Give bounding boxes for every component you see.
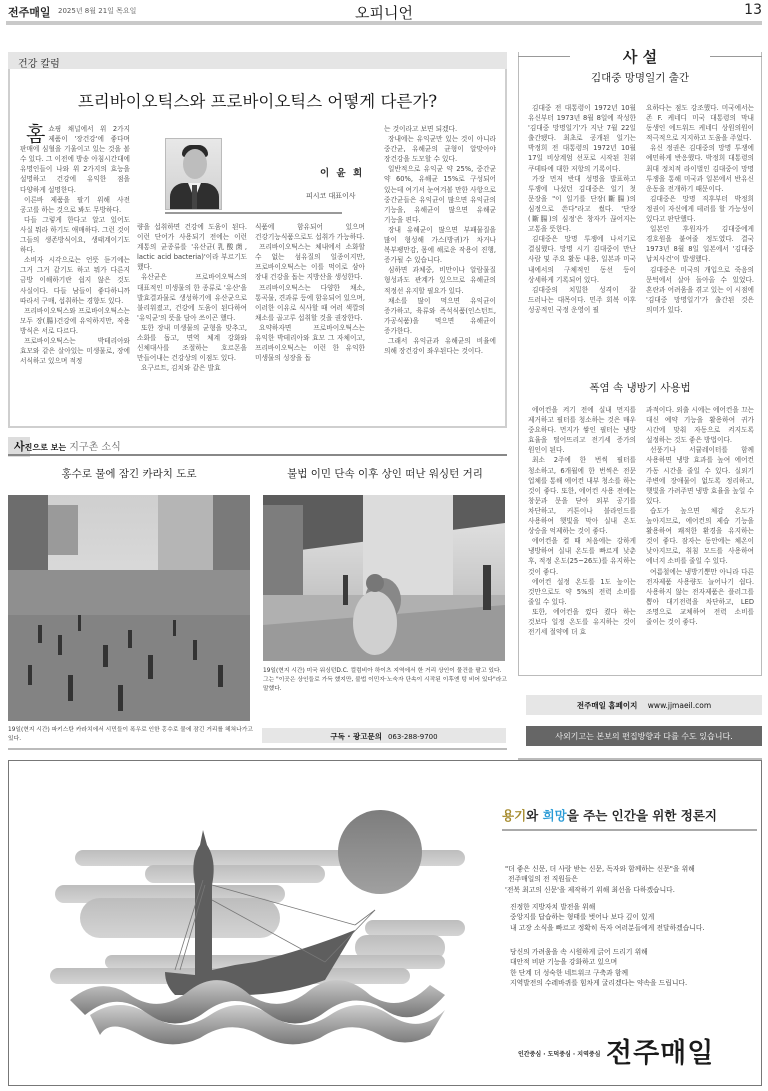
pen-ship-illustration xyxy=(25,790,485,1050)
section-title: 오피니언 xyxy=(0,2,768,23)
face-shape xyxy=(183,149,207,179)
ad-line: 지역발전의 수레바퀴를 힘차게 굴리겠다는 약속을 드립니다. xyxy=(510,978,768,988)
homepage-link[interactable]: www.jjmaeil.com xyxy=(648,701,711,710)
photo-illustration xyxy=(8,495,250,721)
editorial2-title: 폭염 속 냉방기 사용법 xyxy=(518,380,762,395)
homepage-bar: 전주매일 홈페이지 www.jjmaeil.com xyxy=(526,695,762,715)
column-text-col3: 식품에 함유되어 있으며 건강기능식품으로도 섭취가 가능하다. 프리바이오틱스… xyxy=(255,222,365,363)
ad-line: 한 단계 더 성숙한 네트워크 구축과 함께 xyxy=(510,968,768,978)
ad-line: "더 좋은 신문, 더 사랑 받는 신문, 독자와 함께하는 신문"을 위해 xyxy=(505,864,765,874)
paragraph: 가장 먼저 반대 성명을 발표하고 투쟁에 나섰던 김대중은 일기 첫 문장을 … xyxy=(528,174,636,235)
column-tag: 건강 칼럼 xyxy=(8,52,507,69)
paragraph: 최소 2주에 한 번씩 필터를 청소하고, 6개월에 한 번씩은 전문 업체를 … xyxy=(528,455,636,536)
editorial-title: 김대중 망명일기 출간 xyxy=(518,70,762,85)
author-role: 피시코 대표이사 xyxy=(306,191,356,201)
paragraph: 에어컨을 켤 때 처음에는 강하게 냉방하여 실내 온도를 빠르게 낮춘 후, … xyxy=(528,536,636,576)
paragraph: 소비자 시각으로는 언뜻 듣기에는 그거 그거 같기도 하고 뭐가 다른지 금방… xyxy=(20,255,130,305)
paragraph: 유신 정권은 김대중의 망명 투쟁에 예민하게 반응했다. 박정희 대통령의 최… xyxy=(646,143,754,193)
divider xyxy=(502,829,757,831)
ad-paragraph-2: 진정한 지방자치 발전을 위해 중앙지를 답습하는 형태를 벗어나 보다 깊이 … xyxy=(510,902,768,933)
divider xyxy=(8,454,507,456)
subscribe-bar: 구독 · 광고문의063-288-9700 xyxy=(262,728,506,743)
divider xyxy=(8,748,507,750)
paragraph: 김대중 전 대통령이 1972년 10월 유신부터 1973년 8월 8일에 작… xyxy=(528,103,636,174)
ad-line: 진정한 지방자치 발전을 위해 xyxy=(510,902,768,912)
section-title-tail: 지구촌 소식 xyxy=(66,442,121,453)
author-portrait xyxy=(165,138,222,210)
paragraph: 김대중은 망명 직후부터 박정희 정권이 자신에게 테러를 할 가능성이 있다고… xyxy=(646,194,754,224)
photo1-title: 홍수로 물에 잠긴 카라치 도로 xyxy=(8,466,250,481)
paragraph: 채소를 많이 먹으면 유익균이 증가하고, 육류와 즉석식품(인스턴트, 가공식… xyxy=(384,296,496,336)
ad-line: 대안적 비판 기능을 강화하고 있으며 xyxy=(510,957,768,967)
paragraph: 식품에 함유되어 있으며 건강기능식품으로도 섭취가 가능하다. xyxy=(255,222,365,242)
paragraph: 김대중은 망명 투쟁에 나서기로 결심했다. 망명 시기 김대중이 만난 사람 … xyxy=(528,234,636,284)
editorial-header: 사 설 xyxy=(518,46,762,67)
paragraph: 심하면 과체중, 비만이나 알람물질 형성과도 관계가 있으므로 유해균의 적정… xyxy=(384,265,496,295)
ad-line: 전주매일의 전 직원들은 xyxy=(505,874,765,884)
paragraph: 김대중은 미국의 개입으로 죽음의 문턱에서 살아 돌아올 수 있었다. 혼란과… xyxy=(646,265,754,315)
drop-cap: 홈 xyxy=(26,124,45,144)
column-text-col2: 량을 섭취하면 건강에 도움이 된다. 이런 단어가 사용되기 전에는 이런 계… xyxy=(137,222,247,373)
ad-tagline: 인간중심 · 도덕중심 · 지역중심 xyxy=(518,1049,600,1058)
section-title-mid: 진으로 보는 xyxy=(25,443,66,452)
photo2-caption: 19일(현지 시간) 미국 워싱턴D.C. 컬럼비아 하이츠 지역에서 한 거리… xyxy=(263,667,507,694)
ship-illustration-icon xyxy=(25,790,485,1050)
paragraph: 그래서 유익균과 유해균의 비율에 의해 장건강이 좌우된다는 것이다. xyxy=(384,336,496,356)
paragraph: 요구르트, 김치와 같은 발효 xyxy=(137,363,247,373)
paragraph: 일반적으로 유익균 약 25%, 중간균 약 60%, 유해균 15%로 구성되… xyxy=(384,164,496,225)
paragraph: 프리바이오틱스는 체내에서 소화할 수 없는 섬유질의 일종이지만, 프로바이오… xyxy=(255,242,365,282)
photo-illustration xyxy=(263,495,505,661)
tie-shape xyxy=(192,185,197,209)
paragraph: 일본인 후원자가 김대중에게 경호원을 붙여줄 정도였다. 결국 1973년 8… xyxy=(646,224,754,264)
paragraph: 이른바 제품을 팔기 위해 사전 공고를 하는 것으로 봐도 무방하다. xyxy=(20,195,130,215)
paragraph: 과적이다. 외출 시에는 에어컨을 끄는 대신 예약 기능을 활용하여 귀가 시… xyxy=(646,405,754,445)
paragraph: 요약하자면 프로바이오틱스는 유익한 박테리아와 효모 그 자체이고, 프리바이… xyxy=(255,323,365,363)
disclaimer-bar: 사외기고는 본보의 편집방향과 다를 수도 있습니다. xyxy=(526,726,762,746)
paragraph: 유산균은 프로바이오틱스의 대표적인 미생물의 한 종류로 '유산'을 발효결과… xyxy=(137,272,247,322)
slogan-part: 을 주는 인간을 위한 정론지 xyxy=(567,808,717,823)
slogan-part: 와 xyxy=(526,808,542,823)
washington-street-photo xyxy=(263,495,505,661)
ad-line: 당신의 가려움을 속 시원하게 긁어 드리기 위해 xyxy=(510,947,768,957)
photo2-title: 불법 이민 단속 이후 상인 떠난 워싱턴 거리 xyxy=(263,466,507,481)
karachi-flood-photo xyxy=(8,495,250,721)
ad-paragraph-3: 당신의 가려움을 속 시원하게 긁어 드리기 위해 대안적 비판 기능을 강화하… xyxy=(510,947,768,988)
ad-slogan: 용기와 희망을 주는 인간을 위한 정론지 xyxy=(502,806,717,824)
subscribe-label: 구독 · 광고문의 xyxy=(330,732,382,741)
editorial2-text-col2: 과적이다. 외출 시에는 에어컨을 끄는 대신 예약 기능을 활용하여 귀가 시… xyxy=(646,405,754,627)
column-title: 프리바이오틱스와 프로바이오틱스 어떻게 다른가? xyxy=(8,88,507,112)
ad-logo: 전주매일 xyxy=(606,1031,714,1070)
ad-line: 중앙지를 답습하는 형태를 벗어나 보다 깊이 있게 xyxy=(510,912,768,922)
column-text-col4: 는 것이라고 보면 되겠다. 장내에는 유익균만 있는 것이 아니라 중간균, … xyxy=(384,124,496,356)
paragraph: 또한 장내 미생물의 균형을 맞추고, 소화를 돕고, 면역 체계 강화와 신체… xyxy=(137,323,247,363)
photo1-caption: 19일(현지 시간) 파키스탄 카라치에서 시민들이 폭우로 인한 홍수로 물에… xyxy=(8,726,258,744)
paragraph: 는 것이라고 보면 되겠다. xyxy=(384,124,496,134)
paragraph: 또한, 에어컨을 껐다 켰다 하는 것보다 일정 온도를 유지하는 것이 전기세… xyxy=(528,607,636,637)
paragraph: 량을 섭취하면 건강에 도움이 된다. 이런 단어가 사용되기 전에는 이런 계… xyxy=(137,222,247,272)
ad-line: '전북 최고의 신문'을 제작하기 위해 최선을 다하겠습니다. xyxy=(505,885,765,895)
paragraph: 김대중의 치밀한 성격이 잘 드러나는 대목이다. 민주 회복 이후 성공적인 … xyxy=(528,285,636,315)
paragraph: 다들 그렇게 한다고 알고 있어도 사실 뭐라 하기도 애매하다. 그런 것이 … xyxy=(20,215,130,255)
paragraph: 여름철에는 냉방기뿐만 아니라 다른 전자제품 사용량도 늘어나기 쉽다. 사용… xyxy=(646,567,754,628)
editorial2-text-col1: 에어컨을 켜기 전에 실내 먼지를 제거하고 필터를 청소하는 것은 매우 중요… xyxy=(528,405,636,637)
paragraph: 프리바이오틱스는 다양한 채소, 통곡물, 견과류 등에 함유되어 있으며, 이… xyxy=(255,283,365,323)
divider xyxy=(165,212,342,214)
paragraph: 에어컨을 켜기 전에 실내 먼지를 제거하고 필터를 청소하는 것은 매우 중요… xyxy=(528,405,636,455)
paragraph: 프로바이오틱스는 박테리아와 효모와 같은 살아있는 미생물로, 장에 서식하고… xyxy=(20,336,130,366)
paragraph: 프리바이오틱스와 프로바이오틱스는 모두 장(腸)건강에 유익하지만, 작용 방… xyxy=(20,306,130,336)
homepage-label: 전주매일 홈페이지 xyxy=(577,701,638,710)
paragraph: 장내 유해균이 많으면 부패물질을 많이 형성해 가스(방귀)가 차거나 복부팽… xyxy=(384,225,496,265)
slogan-courage: 용기 xyxy=(502,808,526,823)
paragraph: 요하다는 점도 강조했다. 미국에서는 존 F. 케네디 미국 대통령의 막내 … xyxy=(646,103,754,143)
paragraph: 에어컨 설정 온도를 1도 높이는 것만으로도 약 5%의 전력 소비를 줄일 … xyxy=(528,577,636,607)
ad-line: 내 고장 소식을 빠르고 정확히 독자 여러분들에게 전달하겠습니다. xyxy=(510,923,768,933)
paragraph: 장내에는 유익균만 있는 것이 아니라 중간균, 유해균의 균형이 알맞아야 장… xyxy=(384,134,496,164)
masthead-rule xyxy=(6,21,762,25)
slogan-hope: 희망 xyxy=(543,808,567,823)
editorial-text-col2: 요하다는 점도 강조했다. 미국에서는 존 F. 케네디 미국 대통령의 막내 … xyxy=(646,103,754,315)
paragraph: 선풍기나 서큘레이터를 함께 사용하면 냉방 효과를 높여 에어컨 가동 시간을… xyxy=(646,445,754,506)
editorial-text-col1: 김대중 전 대통령이 1972년 10월 유신부터 1973년 8월 8일에 작… xyxy=(528,103,636,315)
section-cap-letter: 사 xyxy=(14,440,25,453)
masthead: 전주매일 2025년 8월 21일 목요일 오피니언 13 xyxy=(0,0,768,24)
page-number: 13 xyxy=(744,2,762,18)
author-name: 이 윤 희 xyxy=(320,165,364,179)
column-text-col1: 홈 쇼핑 채널에서 위 2가지 제품이 '장건강'에 좋다며 판매에 심혈을 기… xyxy=(20,124,130,366)
subscribe-phone: 063-288-9700 xyxy=(388,733,438,741)
photo-section-title: 사진으로 보는 지구촌 소식 xyxy=(14,438,121,454)
ad-paragraph-1: "더 좋은 신문, 더 사랑 받는 신문, 독자와 함께하는 신문"을 위해 전… xyxy=(505,864,765,895)
paragraph: 습도가 높으면 체감 온도가 높아지므로, 에어컨의 제습 기능을 활용하여 쾌… xyxy=(646,506,754,567)
